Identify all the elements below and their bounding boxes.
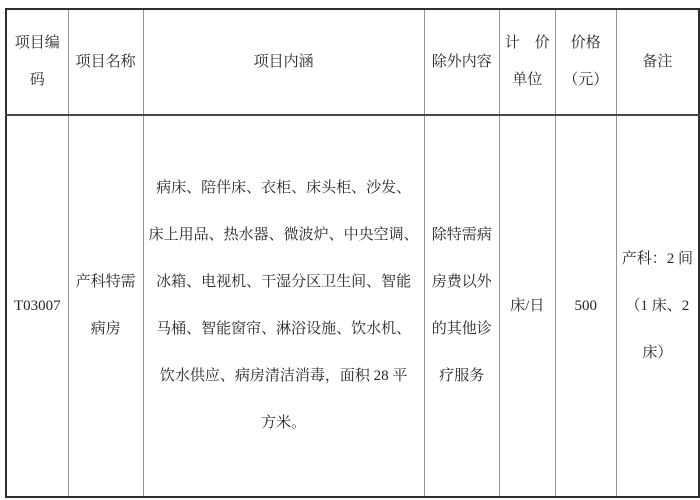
- fee-schedule-table: 项目编 码 项目名称 项目内涵 除外内容 计 价 单位 价格 （元） 备注 T0…: [5, 8, 700, 498]
- column-header-pricing-unit: 计 价 单位: [499, 9, 555, 115]
- column-header-project-content: 项目内涵: [143, 9, 424, 115]
- table-row: T03007 产科特需 病房 病床、陪伴床、衣柜、床头柜、沙发、 床上用品、热水…: [6, 115, 699, 497]
- column-header-price-yuan: 价格 （元）: [555, 9, 616, 115]
- column-header-exclusions: 除外内容: [424, 9, 499, 115]
- cell-exclusions: 除特需病 房费以外 的其他诊 疗服务: [424, 115, 499, 497]
- cell-project-name: 产科特需 病房: [68, 115, 143, 497]
- cell-project-code: T03007: [6, 115, 68, 497]
- cell-pricing-unit: 床/日: [499, 115, 555, 497]
- column-header-project-code: 项目编 码: [6, 9, 68, 115]
- cell-price: 500: [555, 115, 616, 497]
- column-header-project-name: 项目名称: [68, 9, 143, 115]
- header-row: 项目编 码 项目名称 项目内涵 除外内容 计 价 单位 价格 （元） 备注: [6, 9, 699, 115]
- column-header-remark: 备注: [616, 9, 699, 115]
- document-page: 项目编 码 项目名称 项目内涵 除外内容 计 价 单位 价格 （元） 备注 T0…: [0, 0, 700, 500]
- cell-remark: 产科：2 间 （1 床、2 床）: [616, 115, 699, 497]
- cell-project-content: 病床、陪伴床、衣柜、床头柜、沙发、 床上用品、热水器、微波炉、中央空调、 冰箱、…: [143, 115, 424, 497]
